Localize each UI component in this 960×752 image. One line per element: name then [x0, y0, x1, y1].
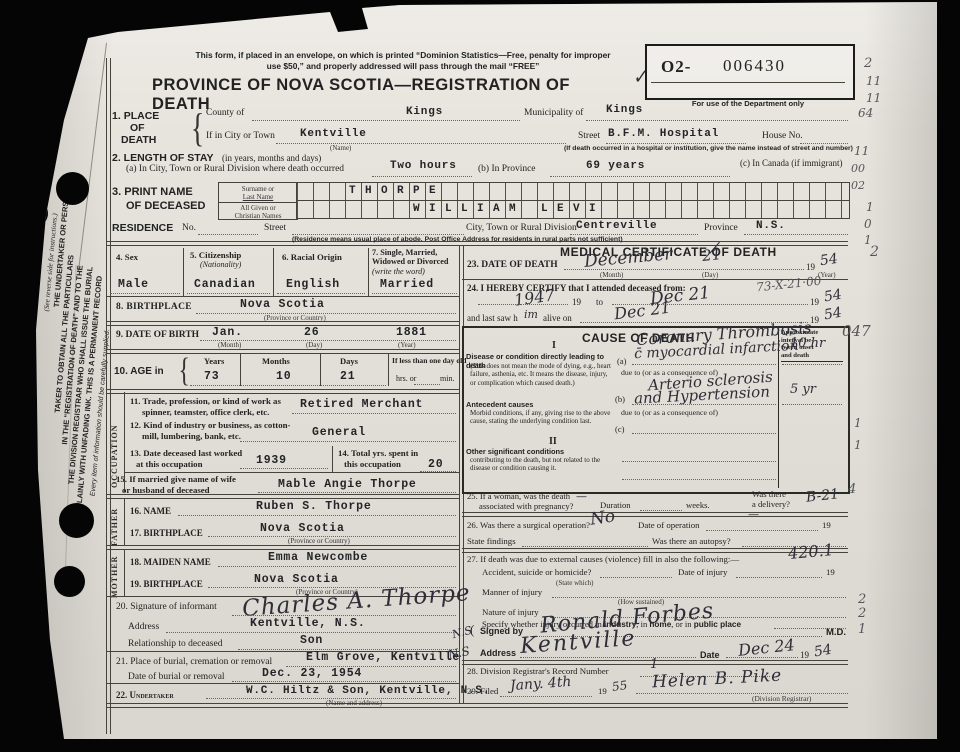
- field24-im: im: [524, 308, 538, 321]
- cause-a-mark: (a): [617, 356, 626, 366]
- field24-last1: and last saw h: [467, 313, 518, 323]
- field3-l2: OF DECEASED: [112, 200, 205, 212]
- field1-l2: OF: [112, 122, 145, 134]
- name-sublabel-box: Surname or Last Name All Given or Christ…: [218, 182, 298, 220]
- field15-value: Mable Angie Thorpe: [278, 478, 417, 491]
- registration-caption: For use of the Department only: [645, 99, 851, 108]
- bottom-rule: [107, 703, 848, 708]
- given-sublabel-2: Christian Names: [235, 212, 282, 220]
- cause-c-mark: (c): [615, 424, 624, 434]
- field25-l2: associated with pregnancy?: [467, 501, 574, 511]
- field24-calc: 73-X-21·00: [755, 274, 822, 295]
- field21-label: 21. Place of burial, cremation or remova…: [116, 657, 272, 667]
- field23-day-note: (Day): [702, 271, 718, 279]
- cell-divider: [388, 354, 389, 386]
- cell-divider: [240, 354, 241, 386]
- margin-mark: 2: [864, 56, 872, 71]
- age-min-label: min.: [440, 374, 454, 383]
- residence-province-label: Province: [704, 223, 738, 233]
- dotted-line: [252, 119, 520, 121]
- cause-a-interval: 10 hr: [790, 336, 825, 351]
- dotted-line: [564, 268, 804, 270]
- field25-delivery: Was there a delivery?: [752, 490, 790, 510]
- dotted-line: [726, 656, 798, 658]
- cause-lead-text: (This does not mean the mode of dying, e…: [470, 362, 614, 387]
- father-divider: [124, 498, 125, 546]
- dotted-line: [744, 233, 848, 235]
- dotted-line: [586, 119, 848, 121]
- county-value: Kings: [406, 106, 443, 118]
- field27-label: 27. If death was due to external causes …: [467, 554, 739, 564]
- dotted-line: [258, 491, 456, 493]
- hole-punch: [54, 566, 85, 597]
- field24-on-year: 54: [823, 305, 843, 324]
- marital-l3: (write the word): [372, 267, 425, 276]
- field3-label: 3. PRINT NAME OF DECEASED: [112, 185, 205, 214]
- field11-l1: 11. Trade, profession, or kind of work a…: [130, 396, 281, 406]
- dotted-line: [372, 292, 457, 294]
- marital-l1: 7. Single, Married,: [372, 248, 437, 257]
- field27-code: 420.1: [787, 540, 834, 563]
- field17-value: Nova Scotia: [260, 522, 345, 535]
- field2b-label: (b) In Province: [478, 164, 536, 174]
- signed-year: 54: [813, 642, 833, 661]
- field23-y19: 19: [806, 262, 815, 272]
- dotted-line: [238, 648, 456, 650]
- other-bold: Other significant conditions: [466, 447, 564, 456]
- dotted-line: [636, 692, 848, 694]
- residence-no-label: No.: [182, 223, 196, 233]
- residence-label: RESIDENCE: [112, 222, 173, 234]
- margin-mark: 1: [854, 416, 862, 430]
- margin-mark: 02: [851, 179, 865, 192]
- registration-underline: [651, 82, 845, 83]
- field27-nature: Nature of injury: [482, 607, 539, 617]
- dotted-line: [240, 440, 456, 442]
- racial-origin-value: English: [286, 278, 340, 291]
- margin-mark: 0: [864, 217, 872, 231]
- dotted-line: [414, 383, 440, 385]
- field16-label: 16. NAME: [130, 506, 171, 516]
- age-brace: {: [178, 352, 189, 390]
- field23-year: 54: [819, 251, 839, 269]
- dotted-line: [552, 596, 846, 598]
- field20-label: 20. Signature of informant: [116, 602, 217, 612]
- signed-by-label: Signed by: [480, 626, 523, 636]
- mother-vertical-label: MOTHER: [110, 552, 119, 598]
- field21-value: Elm Grove, Kentville: [306, 651, 460, 664]
- dotted-line: [478, 303, 568, 305]
- dotted-line: [166, 631, 456, 633]
- county-label: County of: [206, 108, 244, 118]
- racial-origin-label: 6. Racial Origin: [282, 252, 342, 262]
- death-certificate-scan: Every item of information should be care…: [0, 0, 960, 752]
- dotted-line: [292, 412, 456, 414]
- field1-brace: {: [191, 104, 204, 151]
- city-value: Kentville: [300, 128, 367, 140]
- field12-l1: 12. Kind of industry or business, as cot…: [130, 420, 290, 430]
- field27-accident: Accident, suicide or homicide?: [482, 567, 591, 577]
- field25-del1: Was there: [752, 489, 786, 499]
- margin-mark: 11: [866, 74, 881, 88]
- field20-address-label: Address: [128, 622, 159, 632]
- dotted-line: [187, 292, 270, 294]
- registration-prefix: O2-: [661, 57, 691, 77]
- dotted-line: [190, 384, 386, 386]
- field22-note: (Name and address): [326, 699, 382, 707]
- municipality-value: Kings: [606, 104, 643, 116]
- field3-no: 3.: [112, 186, 121, 198]
- residence-division-label: City, Town or Rural Division: [466, 223, 577, 233]
- field24-to-year: 54: [823, 287, 843, 306]
- municipality-label: Municipality of: [524, 108, 583, 118]
- field26-label: 26. Was there a surgical operation?: [467, 520, 590, 530]
- field25-l1: 25. If a woman, was the death: [467, 491, 570, 501]
- dotted-line: [622, 460, 776, 462]
- age-days-header: Days: [340, 356, 358, 366]
- field22-label: 22. Undertaker: [116, 690, 174, 700]
- marital-value: Married: [380, 278, 434, 291]
- field14-l2: this occupation: [338, 459, 401, 469]
- field25-label: 25. If a woman, was the death associated…: [467, 492, 574, 512]
- city-label: If in City or Town: [206, 131, 275, 141]
- cause-section-I: I: [552, 340, 556, 351]
- field1-label: 1. PLACE OF DEATH: [112, 110, 159, 146]
- mail-note-line2: use $50,” and properly addressed will pa…: [267, 61, 540, 71]
- age-less-header: If less than one day old: [392, 356, 466, 365]
- field13-l2: at this occupation: [130, 459, 202, 469]
- physician-address: Kentville: [519, 626, 637, 659]
- other-text: contributing to the death, but not relat…: [470, 456, 614, 473]
- row-separator: [107, 545, 459, 550]
- dotted-line: [178, 514, 456, 516]
- given-sublabel-1: All Given or: [240, 204, 275, 212]
- margin-mark: 2: [870, 244, 879, 260]
- cause-section-II: II: [549, 436, 557, 447]
- residence-province-value: N.S.: [756, 220, 786, 232]
- field15-label: 15. If married give name of wife or husb…: [116, 474, 236, 496]
- field20-relationship-label: Relationship to deceased: [128, 639, 222, 649]
- field24-from: 1947: [513, 285, 556, 309]
- dotted-line: [800, 142, 848, 144]
- mother-divider: [124, 549, 125, 597]
- field26-y19: 19: [822, 520, 831, 530]
- field25-value: B-21: [805, 486, 840, 505]
- dotted-line: [240, 467, 328, 469]
- street-value: B.F.M. Hospital: [608, 128, 719, 140]
- age-hrs-label: hrs. or: [396, 374, 416, 383]
- margin-mark: 1: [858, 622, 866, 637]
- cause-b-interval: 5 yr: [790, 382, 816, 397]
- field1-l1: PLACE: [124, 110, 160, 122]
- division-registrar-signature: Helen B. Pike: [652, 666, 783, 693]
- field13-label: 13. Date deceased last worked at this oc…: [130, 448, 242, 470]
- field21-date-label: Date of burial or removal: [128, 672, 225, 682]
- dob-day: 26: [304, 326, 319, 339]
- row-separator: [462, 512, 848, 517]
- row-separator: [124, 472, 459, 473]
- field26-state: State findings: [467, 536, 516, 546]
- dob-label: 9. DATE OF BIRTH: [116, 330, 199, 340]
- field2a-label: (a) In City, Town or Rural Division wher…: [126, 164, 344, 174]
- residence-street-label: Street: [264, 223, 286, 233]
- citizenship-sub: (Nationality): [200, 260, 241, 269]
- field19-label: 19. BIRTHPLACE: [130, 579, 203, 589]
- field24-y19b: 19: [810, 297, 819, 307]
- field13-l1: 13. Date deceased last worked: [130, 448, 242, 458]
- field29-year: 55: [611, 678, 628, 694]
- field2-sub: (in years, months and days): [222, 153, 321, 163]
- dob-year: 1881: [396, 326, 427, 339]
- birthplace-label: 8. BIRTHPLACE: [116, 302, 192, 312]
- field24-y19c: 19: [810, 315, 819, 325]
- margin-mark: 2: [858, 592, 866, 607]
- surname-sublabel: Surname or Last Name: [219, 183, 297, 201]
- field27-state-which: (State which): [556, 579, 594, 587]
- field11-label: 11. Trade, profession, or kind of work a…: [130, 396, 281, 418]
- dotted-line: [232, 614, 456, 616]
- dotted-line: [196, 312, 456, 314]
- age-months-value: 10: [276, 370, 291, 383]
- dotted-line: [570, 233, 698, 235]
- cell-divider: [332, 446, 333, 472]
- antecedent-text: Morbid conditions, if any, giving rise t…: [470, 409, 614, 426]
- field25-dash: —: [576, 490, 587, 503]
- dotted-line: [522, 545, 648, 547]
- surname-sublabel-2: Last Name: [243, 193, 274, 201]
- field13-value: 1939: [256, 454, 287, 467]
- field3-l1: PRINT NAME: [124, 186, 192, 198]
- field18-value: Emma Newcombe: [268, 551, 368, 564]
- father-vertical-label: FATHER: [110, 500, 119, 546]
- dotted-line: [550, 175, 730, 177]
- givenname-value: WILLIAM LEVI: [413, 203, 605, 215]
- dotted-line: [520, 656, 696, 658]
- cell-divider: [320, 354, 321, 386]
- row-separator: [107, 389, 459, 394]
- street-label: Street: [578, 131, 600, 141]
- dob-month: Jan.: [212, 326, 243, 339]
- md-label: M.D.: [826, 627, 846, 638]
- dotted-line: [706, 529, 818, 531]
- hole-punch: [21, 200, 48, 227]
- field11-l2: spinner, teamster, office clerk, etc.: [130, 407, 269, 417]
- hole-punch: [59, 503, 94, 538]
- field29-filed-date: Jany. 4th: [510, 674, 572, 694]
- field26-value: No: [589, 506, 617, 529]
- signed-hw-ns: N.S: [451, 624, 474, 641]
- age-years-value: 73: [204, 370, 219, 383]
- field11-value: Retired Merchant: [300, 398, 423, 411]
- field16-value: Ruben S. Thorpe: [256, 500, 372, 513]
- field29-label: 29. Filed: [467, 686, 498, 696]
- field24-last2: alive on: [543, 313, 572, 323]
- field19-value: Nova Scotia: [254, 573, 339, 586]
- dotted-line: [640, 509, 682, 511]
- dob-month-note: (Month): [218, 341, 241, 349]
- dotted-line: [218, 565, 456, 567]
- field21-date-value: Dec. 23, 1954: [262, 667, 362, 680]
- field12-l2: mill, lumbering, bank, etc.: [130, 431, 241, 441]
- age-days-value: 21: [340, 370, 355, 383]
- age-label: 10. AGE in: [114, 366, 164, 377]
- field23-label: 23. DATE OF DEATH: [467, 260, 558, 270]
- field18-label: 18. MAIDEN NAME: [130, 557, 211, 567]
- margin-mark: 11: [866, 91, 881, 105]
- cell-divider: [368, 248, 369, 296]
- field14-l1: 14. Total yrs. spent in: [338, 448, 418, 458]
- field26-autopsy: Was there an autopsy?: [652, 536, 731, 546]
- margin-mark: 2: [858, 606, 866, 621]
- cell-divider: [273, 248, 274, 296]
- field17-note: (Province or Country): [288, 537, 350, 545]
- field14-label: 14. Total yrs. spent in this occupation: [338, 448, 418, 470]
- marital-l2: Widowed or Divorced: [372, 257, 448, 266]
- dob-year-note: (Year): [398, 341, 416, 349]
- margin-mark: 1: [866, 200, 874, 214]
- field17-label: 17. BIRTHPLACE: [130, 528, 203, 538]
- age-years-header: Years: [204, 356, 224, 366]
- row-separator: [107, 683, 459, 684]
- cause-b-mark: (b): [615, 394, 625, 404]
- dotted-line: [232, 680, 456, 682]
- age-months-header: Months: [262, 356, 290, 366]
- field1-no: 1.: [112, 110, 121, 122]
- field26-dash: —: [748, 508, 759, 521]
- margin-mark: 11: [854, 144, 869, 158]
- dotted-line: [110, 292, 180, 294]
- house-no-label: House No.: [762, 131, 803, 141]
- dotted-line: [198, 233, 258, 235]
- paper-sheet: Every item of information should be care…: [0, 0, 960, 752]
- hole-punch: [56, 172, 89, 205]
- field24-y19a: 19: [572, 297, 581, 307]
- mail-note-line1: This form, if placed in an envelope, on …: [195, 50, 610, 60]
- row-separator: [107, 349, 459, 354]
- signed-y19: 19: [800, 650, 809, 660]
- registration-number: 006430: [723, 56, 786, 76]
- field2a-value: Two hours: [390, 160, 457, 172]
- margin-mark: 047: [842, 322, 871, 340]
- mail-note: This form, if placed in an envelope, on …: [168, 50, 638, 71]
- field25-weeks: weeks.: [686, 500, 710, 510]
- field1-l3: DEATH: [112, 134, 156, 146]
- birthplace-value: Nova Scotia: [240, 298, 325, 311]
- dob-day-note: (Day): [306, 341, 322, 349]
- dotted-line: [632, 403, 776, 405]
- field27-manner: Manner of injury: [482, 587, 542, 597]
- field20-address-value: Kentville, N.S.: [250, 617, 366, 630]
- field28-value: 1: [650, 657, 658, 672]
- row-separator: [107, 494, 459, 499]
- field24-on-date: Dec 21: [613, 298, 672, 324]
- registration-number-box: O2- 006430: [645, 44, 855, 100]
- dotted-line: [632, 432, 776, 434]
- antecedent-bold: Antecedent causes: [466, 400, 533, 409]
- cell-divider: [183, 248, 184, 296]
- margin-mark: 64: [858, 106, 873, 120]
- surname-sublabel-1: Surname or: [242, 185, 274, 193]
- dotted-line: [292, 233, 464, 235]
- dotted-line: [736, 576, 822, 578]
- field28-label: 28. Division Registrar's Record Number: [467, 666, 609, 676]
- street-note: (If death occurred in a hospital or inst…: [564, 145, 864, 152]
- field2c-label: (c) In Canada (if immigrant): [740, 158, 842, 168]
- dotted-line: [276, 142, 566, 144]
- given-sublabel: All Given or Christian Names: [219, 203, 297, 220]
- margin-mark: 1: [854, 438, 862, 452]
- sex-label: 4. Sex: [116, 252, 138, 262]
- dotted-line: [606, 142, 746, 144]
- dotted-line: [277, 292, 365, 294]
- surname-value: THORPE: [349, 185, 445, 197]
- sex-value: Male: [118, 278, 149, 291]
- field15-l1: 15. If married give name of wife: [116, 474, 236, 484]
- residence-note: (Residence means usual place of abode. P…: [292, 236, 712, 243]
- field2-label: 2. LENGTH OF STAY: [112, 152, 214, 164]
- field26-date-label: Date of operation: [638, 520, 700, 530]
- dotted-line: [500, 695, 592, 697]
- dotted-line: [600, 576, 672, 578]
- field23-month-note: (Month): [600, 271, 623, 279]
- margin-mark: 4: [848, 482, 856, 497]
- residence-division-value: Centreville: [576, 220, 657, 232]
- dotted-line: [622, 478, 776, 480]
- field12-label: 12. Kind of industry or business, as cot…: [130, 420, 290, 442]
- dotted-line: [782, 363, 842, 365]
- dotted-line: [372, 175, 472, 177]
- signed-date-label: Date: [700, 650, 720, 660]
- city-name-note: (Name): [330, 144, 351, 152]
- row-separator: [107, 296, 459, 297]
- dotted-line: [632, 363, 776, 365]
- marital-label: 7. Single, Married, Widowed or Divorced …: [372, 248, 448, 276]
- cause-due2: due to (or as a consequence of): [621, 408, 718, 417]
- citizenship-value: Canadian: [194, 278, 256, 291]
- field27-y19: 19: [826, 567, 835, 577]
- field29-y19: 19: [598, 686, 607, 696]
- field2b-value: 69 years: [586, 160, 645, 172]
- signed-address-label: Address: [480, 648, 516, 658]
- field22-value: W.C. Hiltz & Son, Kentville, N.S.: [246, 685, 490, 697]
- field12-value: General: [312, 426, 366, 439]
- field24-to: to: [596, 297, 603, 307]
- dotted-line: [782, 403, 842, 405]
- field20-relationship-value: Son: [300, 634, 323, 647]
- division-registrar-note: (Division Registrar): [752, 694, 811, 703]
- citizenship-label: 5. Citizenship: [190, 250, 241, 260]
- field23-day: 21: [701, 245, 722, 265]
- field27-doi: Date of injury: [678, 567, 727, 577]
- margin-mark: 00: [851, 162, 865, 175]
